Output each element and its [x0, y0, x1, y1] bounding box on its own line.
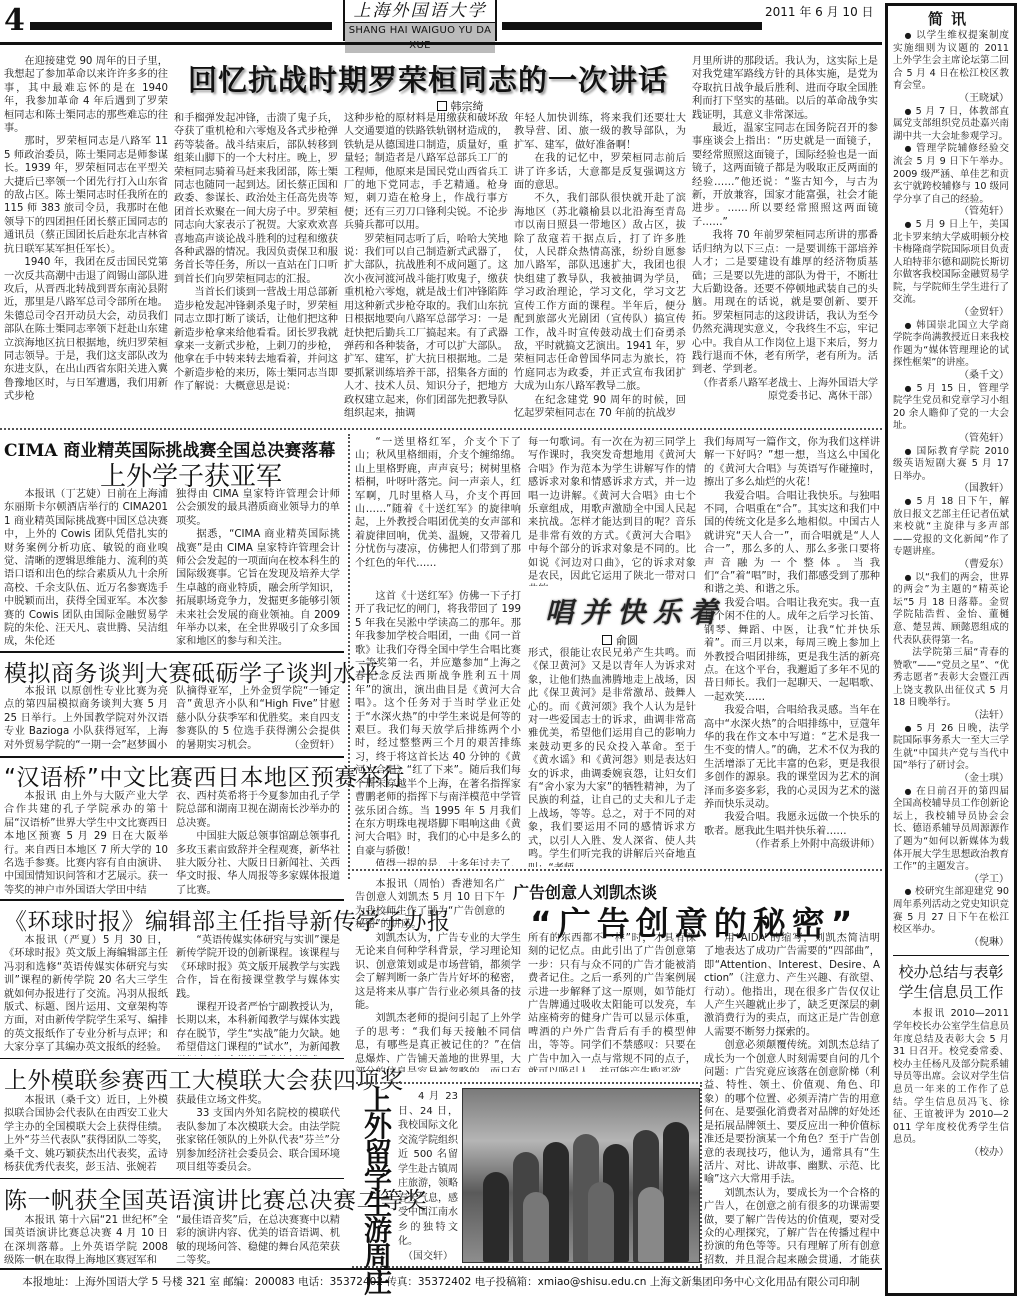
singing-col-3: 我们每周写一篇作文，你为我们这样讲解一下好吗？”想一想，当这么中国化的《黄河大合…: [704, 436, 880, 866]
globaltimes-col-1: 本报讯（严夏）5 月 30 日，《环球时报》英文版上海编辑部主任冯羽和选修“英语…: [4, 934, 168, 1056]
brief-item: ● 5 月 9 日上午，美国北卡罗来纳大学威明顿分校卡梅隆商学院国际项目负责人珀…: [893, 219, 1009, 320]
paragraph: 本报讯 由上外与大阪产业大学合作共建的孔子学院承办的第十届“汉语桥”世界大学生中…: [4, 790, 168, 896]
cima-col-2: 独得由 CIMA 皇家特许管理会计师公会颁发的最具潜质商业领导力的单项奖。 据悉…: [176, 488, 340, 648]
hanyuqiao-col-2: 衣、西村英希将于今夏参加由孔子学院总部和湖南卫视在湖南长沙举办的总决赛。 中国驻…: [176, 790, 340, 896]
paragraph: 创意必须颠覆传统。刘凯杰总结了成长为一个创意人时刻需要自问的几个问题：广告究竟应…: [704, 1039, 880, 1186]
briefs-title: 简讯: [893, 8, 1009, 30]
paragraph: 那时，罗荣桓同志是八路军 115 师政治委员，陈士榘同志是师参谋长。1939 年…: [4, 135, 168, 256]
bullet-icon: ●: [905, 31, 913, 40]
bullet-icon: ●: [905, 573, 912, 582]
brief-item: ● 韩国崇北国立大学商学院李尚满教授近日来我校作题为“媒体管理理论的试探性框架”…: [893, 320, 1009, 383]
paragraph: 在我的记忆中，罗荣桓同志前后讲了许多话，大意都是反复强调这方面的意思。: [514, 152, 686, 192]
author-note: （作者系八路军老战士、上海外国语大学原党委书记、离休干部）: [692, 377, 878, 404]
brief-item: ● 5 月 18 日下午，解放日报文艺部主任记者伍斌来校就“主旋律与多声部——党…: [893, 496, 1009, 572]
brief-item: ● 5 月 15 日，管理学院学生党员和党章学习小组 20 余人瞻仰了党的一大会…: [893, 383, 1009, 446]
author-name: 俞圆: [616, 634, 638, 647]
briefs-list: ● 以学生维权提案制度实施细则为议题的 2011 上外学生会主席论坛第二回合 5…: [893, 30, 1009, 949]
section-divider: [0, 428, 882, 430]
paragraph: 值得一提的是，十多年过去了，我仍然清晰地记得《黄河大合唱》的: [355, 858, 521, 866]
brief-item: ● 以“我们的两会，世界的两会”为主题的“精英论坛”5 月 18 日落幕。金贸学…: [893, 572, 1009, 648]
issue-date: 2011 年 6 月 10 日: [765, 3, 874, 20]
bullet-icon: ●: [905, 497, 913, 506]
paragraph: 形式，很能让农民兄弟产生共鸣。而《保卫黄河》又是以青年人为诉求对象，让他们热血沸…: [528, 647, 696, 867]
paragraph: 33 支国内外知名院校的模联代表队参加了本次模联大会。由法学院张家铭任领队的上外…: [176, 1107, 340, 1174]
section-rule: [0, 756, 344, 758]
bullet-icon: ●: [905, 887, 912, 896]
section-border-left: [348, 434, 350, 879]
paper-name-pinyin: SHANG HAI WAIGUO YU DA XUE: [345, 22, 495, 53]
paragraph: 本报讯（周怡）香港知名广告创意人刘凯杰 5 月 10 日下午为我校师生作了题为“…: [355, 878, 505, 932]
paragraph: 课程开设者严怡宁副教授认为，长期以来，本科新闻教学与媒体实践存在脱节，学生“实战…: [176, 1001, 340, 1056]
page-number: 4: [4, 4, 25, 38]
cima-col-1: 本报讯（丁艺婕）日前在上海浦东丽斯卡尔顿酒店举行的 CIMA2011 商业精英国…: [4, 488, 168, 648]
paragraph: 用“AIDA”的缩写，刘凯杰简洁明了地表达了成功广告需要的“四部曲”，即“Att…: [704, 932, 880, 1039]
byline-box-icon: [437, 101, 447, 111]
paragraph: 年轻人加快训练，将来我们还要壮大教导营、团、旅一级的教导部队，为扩军、建军，做好…: [514, 112, 686, 152]
paragraph: “一送里格红军，介支个下了山；秋风里格细雨，介支个缠绵绵。山上里格野鹿，声声哀号…: [355, 436, 521, 570]
paragraph: 我将 70 年前罗荣桓同志所讲的那番话归纳为以下三点：一是要训练干部培养人才；二…: [692, 229, 878, 376]
paragraph: 这种步枪的原材料是用缴获和破坏敌人交通要道的铁路铁轨钢材造成的，铁轨是从德国进口…: [344, 112, 508, 233]
mun-headline: 上外模联参赛西工大模联大会获四项奖: [4, 1062, 404, 1095]
section-rule: [0, 1058, 344, 1059]
paragraph: “最佳语音奖”后，在总决赛赛中以精彩的演讲内容、优美的语音语调、机敏的现场问答、…: [176, 1214, 340, 1268]
negotiation-headline: 模拟商务谈判大赛砥砺学子谈判水平: [4, 655, 380, 688]
signature: （金贸轩）: [289, 739, 340, 752]
paragraph: 我们每周写一篇作文，你为我们这样讲解一下好吗？”想一想，当这么中国化的《黄河大合…: [704, 436, 880, 490]
main-article-col-3: 这种步枪的原材料是用缴获和破坏敌人交通要道的铁路铁轨钢材造成的，铁轨是从德国进口…: [344, 112, 508, 423]
bullet-icon: ●: [905, 787, 913, 796]
briefs-sidebar: 简讯 ● 以学生维权提案制度实施细则为议题的 2011 上外学生会主席论坛第二回…: [885, 3, 1017, 1296]
paragraph: 我爱合唱。合唱让我快乐。与独唱不同，合唱重在“合”。其实这和我们中国的传统文化是…: [704, 490, 880, 597]
masthead: 上海外国语大学 SHANG HAI WAIGUO YU DA XUE: [343, 0, 497, 41]
mun-col-2: 获最佳立场文件奖。 33 支国内外知名院校的模联代表队参加了本次模联大会。由法学…: [176, 1094, 340, 1174]
paragraph: 本报讯（桑千文）近日，上外模拟联合国协会代表队在由西安工业大学主办的全国模联大会…: [4, 1094, 168, 1174]
signature: （校办）: [893, 1147, 1009, 1160]
singing-col-1a: “一送里格红军，介支个下了山；秋风里格细雨，介支个缠绵绵。山上里格野鹿，声声哀号…: [355, 436, 521, 588]
globaltimes-col-2: “英语传媒实体研究与实训”课是新传学院开设的创新课程。该课程与《环球时报》英文版…: [176, 934, 340, 1056]
top-rule: [0, 42, 882, 45]
masthead-bar-right: [502, 22, 762, 30]
paragraph: “英语传媒实体研究与实训”课是新传学院开设的创新课程。该课程与《环球时报》英文版…: [176, 934, 340, 1001]
brief-item: ● 管理学院辅修经验交流会 5 月 9 日下午举办。2009 级严涵、单佳艺和贡…: [893, 143, 1009, 219]
paragraph: 1940 年，我团在反击国民党第一次反共高潮中击退了阎锡山部队进攻后，从晋西北转…: [4, 256, 168, 403]
ad-col-1: 刘凯杰认为，广告专业的大学生无论来自何种学科背景，学习理论知识、创意策划或是市场…: [355, 932, 521, 1072]
paragraph: 这首《十送红军》仿佛一下子打开了我记忆的闸门，将我带回了 1995 年我在吴淞中…: [355, 590, 521, 858]
brief-sub-article: 校办总结与表彰 学生信息员工作 本报讯 2010—2011 学年校长办公室学生信…: [893, 955, 1009, 1159]
brief-item: ● 以学生维权提案制度实施细则为议题的 2011 上外学生会主席论坛第二回合 5…: [893, 30, 1009, 106]
byline-box-icon: [602, 635, 612, 645]
paragraph: 本报讯（丁艺婕）日前在上海浦东丽斯卡尔顿酒店举行的 CIMA2011 商业精英国…: [4, 488, 168, 648]
bullet-icon: ●: [905, 384, 913, 393]
signature: （国交轩）: [398, 1250, 458, 1261]
brief-item: 法学院第三届“青春的赞歌”——“党员之星”、“优秀志愿者”表彰大会暨江西上饶支教…: [893, 647, 1009, 723]
paragraph: 每一句歌词。有一次在为初三同学上写作课时，我突发奇想地用《黄河大合唱》作为范本为…: [528, 436, 696, 586]
brief-item: ● 5 月 7 日，体教部直属党支部组织党员赴嘉兴南湖中共一大会址参观学习。: [893, 106, 1009, 144]
section-rule: [0, 1178, 344, 1179]
paragraph: 中国驻大阪总领事馆副总领事孔多玫玉素亩致辞并全程观赛，新华社驻大阪分社、大阪日日…: [176, 830, 340, 896]
singing-col-2b: 形式，很能让农民兄弟产生共鸣。而《保卫黄河》又是以青年人为诉求对象，让他们热血沸…: [528, 647, 696, 867]
brief-sub-title: 校办总结与表彰 学生信息员工作: [893, 962, 1009, 1002]
paragraph: 我爱合唱。我愿永远做一个快乐的歌者。愿我此生唱并快乐着……: [704, 811, 880, 838]
paragraph: 本报讯 2010—2011 学年校长办公室学生信息员年度总结及表彰大会 5 月 …: [893, 1008, 1009, 1147]
paragraph: 本报讯 第十六届“21 世纪杯”全国英语演讲比赛总决赛 4 月 10 日在深圳落…: [4, 1214, 168, 1268]
paragraph: 在迎接建党 90 周年的日子里，我想起了参加革命以来许许多多的往事，其中最难忘怀…: [4, 55, 168, 135]
bullet-icon: ●: [905, 107, 913, 116]
speech-col-2: “最佳语音奖”后，在总决赛赛中以精彩的演讲内容、优美的语音语调、机敏的现场问答、…: [176, 1214, 340, 1268]
photo-box-border-right: [700, 1082, 702, 1266]
brief-item: ● 在日前召开的第四届全国高校辅导员工作创新论坛上，我校辅导员协会会长、德语系辅…: [893, 786, 1009, 887]
ad-col-2: 所有的东西都不一样”时，才具有深刻的记忆点。由此引出了广告创意第一步：只有与众不…: [528, 932, 696, 1072]
mun-col-1: 本报讯（桑千文）近日，上外模拟联合国协会代表队在由西安工业大学主办的全国模联大会…: [4, 1094, 168, 1174]
paragraph: 刘凯杰老师的提问引起了上外学子的思考：“我们每天接触不同信息，有哪些是真正被记住…: [355, 1012, 521, 1072]
paragraph: 独得由 CIMA 皇家特许管理会计师公会颁发的最具潜质商业领导力的单项奖。: [176, 488, 340, 528]
paragraph: 本报讯 以原创性专业比赛为亮点的第四届模拟商务谈判大赛 5 月 25 日举行。上…: [4, 685, 168, 752]
brief-item: ● 校研究生部迎建党 90 周年系列活动之党史知识竞赛 5 月 27 日下午在松…: [893, 886, 1009, 949]
main-article-col-2: 和手榴弹发起冲锋，击溃了鬼子兵，夺获了重机枪和六零炮及各式步枪弹药等装备。战斗结…: [174, 112, 338, 423]
section-divider: [352, 869, 882, 871]
speech-col-1: 本报讯 第十六届“21 世纪杯”全国英语演讲比赛总决赛 4 月 10 日在深圳落…: [4, 1214, 168, 1268]
singing-col-1b: 这首《十送红军》仿佛一下子打开了我记忆的闸门，将我带回了 1995 年我在吴淞中…: [355, 590, 521, 866]
bullet-icon: ●: [905, 220, 913, 229]
paragraph: 在纪念建党 90 周年的时候，回忆起罗荣桓同志在 70 年前的抗战岁: [514, 394, 686, 421]
brief-item: ● 5 月 26 日晚，法学院国际事务系大一至大三学生就“中国共产党与当代中国”…: [893, 723, 1009, 786]
photo-box-border-top: [352, 1082, 702, 1084]
section-rule: [0, 651, 344, 653]
bullet-icon: ●: [905, 447, 913, 456]
paragraph: 罗荣桓同志听了后，哈哈大笑地说：我们可以自己制造新式武器了，扩大部队，抗战胜利不…: [344, 233, 508, 421]
main-article-col-1: 在迎接建党 90 周年的日子里，我想起了参加革命以来许许多多的往事，其中最难忘怀…: [4, 55, 168, 423]
main-article-col-5: 月里所讲的那段话。我认为，这实际上是对我党建军路线方针的具体实施，是党为夺取抗日…: [692, 55, 878, 423]
paragraph: 当首长们谈到一营战士用总部新造步枪发起冲锋刺杀鬼子时，罗荣桓同志立即打断了谈话，…: [174, 286, 338, 393]
footer-contact: 本报地址：上海外国语大学 5 号楼 321 室 邮编：200083 电话：353…: [0, 1274, 882, 1289]
negotiation-col-1: 本报讯 以原创性专业比赛为亮点的第四届模拟商务谈判大赛 5 月 25 日举行。上…: [4, 685, 168, 753]
masthead-bar-left: [30, 22, 332, 30]
paragraph: 所有的东西都不一样”时，才具有深刻的记忆点。由此引出了广告创意第一步：只有与众不…: [528, 932, 696, 1072]
brief-item: ● 国际教育学院 2010 级英语短剧大赛 5 月 17 日举办。（国教轩）: [893, 446, 1009, 496]
bullet-icon: ●: [905, 724, 913, 733]
section-rule: [0, 899, 344, 901]
zhouzhuang-vertical-title: 上外留学生游周庄: [360, 1088, 396, 1296]
paragraph: 刘凯杰认为，广告专业的大学生无论来自何种学科背景，学习理论知识、创意策划或是市场…: [355, 932, 521, 1012]
paragraph: 我爱合唱。合唱让我充实。我一直是个闲不住的人。成年之后学习长笛、钢琴、舞蹈、中医…: [704, 597, 880, 704]
paragraph: 4 月 23 日、24 日，我校国际文化交流学院组织近 500 名留学生赴古镇周…: [398, 1090, 458, 1250]
singing-article-title: 唱并快乐着: [545, 591, 725, 631]
paragraph: 月里所讲的那段话。我认为，这实际上是对我党建军路线方针的具体实施，是党为夺取抗日…: [692, 55, 878, 122]
bullet-icon: ●: [905, 321, 913, 330]
footer-rule: [0, 1268, 882, 1270]
main-article-title: 回忆抗战时期罗荣桓同志的一次讲话: [188, 58, 668, 99]
paragraph: 最近，温家宝同志在国务院召开的参事座谈会上指出：“历史就是一面镜子，要经常照照这…: [692, 122, 878, 229]
negotiation-col-2: 队摘得亚军，上外金贸学院“一锤定音”黄思齐小队和“High Five”甘慰慈小队…: [176, 685, 340, 753]
bullet-icon: ●: [905, 144, 913, 153]
paragraph: 不久，我们部队很快就开赴了滨海地区（苏北赣榆县以北沿海至青岛市以南日照县一带地区…: [514, 192, 686, 393]
paragraph: 衣、西村英希将于今夏参加由孔子学院总部和湖南卫视在湖南长沙举办的总决赛。: [176, 790, 340, 830]
zhouzhuang-caption: 4 月 23 日、24 日，我校国际文化交流学院组织近 500 名留学生赴古镇周…: [398, 1090, 458, 1260]
singing-col-2a: 每一句歌词。有一次在为初三同学上写作课时，我突发奇想地用《黄河大合唱》作为范本为…: [528, 436, 696, 586]
paragraph: 据悉，“CIMA 商业精英国际挑战赛”是由 CIMA 皇家特许管理会计师公会发起…: [176, 528, 340, 648]
paragraph: 获最佳立场文件奖。: [176, 1094, 340, 1107]
paper-name: 上海外国语大学: [345, 0, 495, 22]
hanyuqiao-headline: “汉语桥”中文比赛西日本地区预赛举行: [4, 759, 405, 792]
paragraph: 我爱合唱，合唱给我灵感。当年在高中“水深火热”的合唱排练中，豆蔻年华的我在作文本…: [704, 704, 880, 811]
paragraph: 本报讯（严夏）5 月 30 日，《环球时报》英文版上海编辑部主任冯羽和选修“英语…: [4, 934, 168, 1055]
ad-lead: 本报讯（周怡）香港知名广告创意人刘凯杰 5 月 10 日下午为我校师生作了题为“…: [355, 878, 505, 932]
group-photo: [462, 1088, 700, 1263]
ad-col-3: 用“AIDA”的缩写，刘凯杰简洁明了地表达了成功广告需要的“四部曲”，即“Att…: [704, 932, 880, 1264]
main-article-col-4: 年轻人加快训练，将来我们还要壮大教导营、团、旅一级的教导部队，为扩军、建军，做好…: [514, 112, 686, 423]
paragraph: 和手榴弹发起冲锋，击溃了鬼子兵，夺获了重机枪和六零炮及各式步枪弹药等装备。战斗结…: [174, 112, 338, 286]
hanyuqiao-col-1: 本报讯 由上外与大阪产业大学合作共建的孔子学院承办的第十届“汉语桥”世界大学生中…: [4, 790, 168, 896]
singing-byline: 俞圆: [580, 632, 660, 648]
author-note: （作者系上外附中高级讲师）: [704, 838, 880, 851]
paragraph: 刘凯杰认为，要成长为一个合格的广告人，在创意之前有很多的功课需要做，要了解广告传…: [704, 1187, 880, 1264]
